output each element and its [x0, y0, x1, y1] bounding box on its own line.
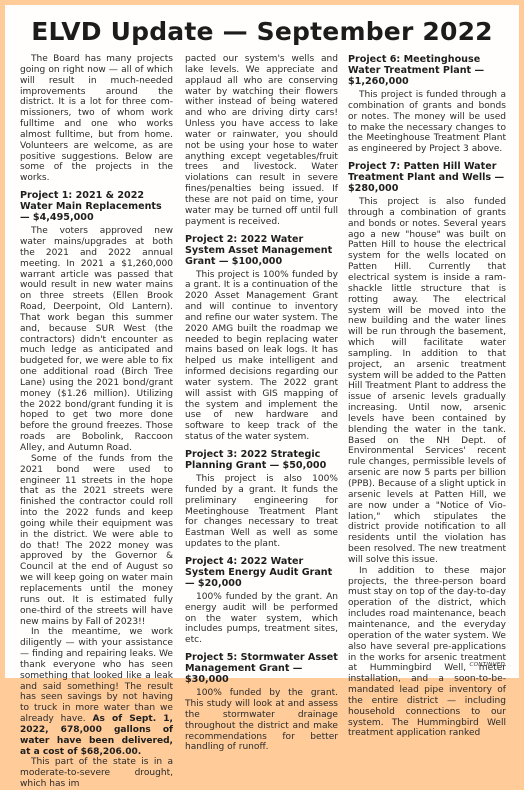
- project-3-heading: Project 3: 2022 Strategic Planning Grant…: [185, 449, 338, 471]
- project-4-paragraph: 100% funded by the grant. An energy audi…: [185, 592, 338, 646]
- column-3: Project 6: Meetinghouse Water Treatment …: [348, 54, 506, 689]
- project-1-paragraph-1: The voters approved new water mains/upgr…: [20, 226, 173, 454]
- column-1: The Board has many projects going on rig…: [20, 54, 173, 689]
- project-4-heading: Project 4: 2022 Water System Energy Audi…: [185, 556, 338, 589]
- project-6-paragraph: This project is funded through a combina…: [348, 90, 506, 155]
- project-1-paragraph-2: Some of the funds from the 2021 bond wer…: [20, 454, 173, 628]
- project-2-paragraph: This project is 100% funded by a grant. …: [185, 270, 338, 444]
- intro-paragraph: The Board has many projects going on rig…: [20, 54, 173, 184]
- project-6-heading: Project 6: Meetinghouse Water Treatment …: [348, 54, 506, 87]
- project-5-heading: Project 5: Stormwater Asset Management G…: [185, 652, 338, 685]
- project-1-heading: Project 1: 2021 & 2022 Water Main Replac…: [20, 190, 173, 223]
- closing-paragraph: In addition to these major projects, the…: [348, 566, 506, 689]
- continued-label: CONTINUED: [470, 662, 505, 668]
- project-2-heading: Project 2: 2022 Water System Asset Manag…: [185, 234, 338, 267]
- project-3-paragraph: This project is also 100% funded by a gr…: [185, 474, 338, 550]
- project-1-paragraph-3: In the meantime, we work diligently — wi…: [20, 627, 173, 689]
- drought-paragraph-continued: pacted our system's wells and lake level…: [185, 54, 338, 228]
- column-2: pacted our system's wells and lake level…: [185, 54, 338, 689]
- page-title: ELVD Update — September 2022: [5, 17, 519, 46]
- leak-text: In the meantime, we work diligently — wi…: [20, 627, 173, 689]
- project-7-paragraph: This project is also funded through a co…: [348, 197, 506, 566]
- project-7-heading: Project 7: Patten Hill Water Treatment P…: [348, 161, 506, 194]
- newsletter-page: ELVD Update — September 2022 The Board h…: [5, 5, 519, 678]
